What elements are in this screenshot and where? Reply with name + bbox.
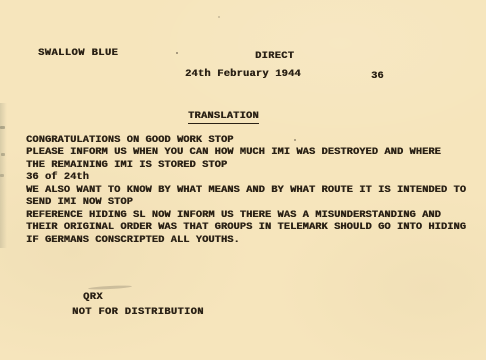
message-body: CONGRATULATIONS ON GOOD WORK STOP PLEASE… bbox=[26, 134, 466, 246]
scanned-telegram-page: SWALLOW BLUE DIRECT 24th February 1944 3… bbox=[0, 0, 486, 360]
scan-speck bbox=[294, 139, 296, 141]
scan-smudge bbox=[88, 285, 132, 290]
document-routing: DIRECT bbox=[255, 50, 294, 62]
signoff-code: QRX bbox=[83, 291, 103, 303]
message-line: THEIR ORIGINAL ORDER WAS THAT GROUPS IN … bbox=[26, 221, 466, 233]
message-line: CONGRATULATIONS ON GOOD WORK STOP bbox=[26, 134, 466, 146]
document-callsign: SWALLOW BLUE bbox=[38, 47, 118, 59]
scan-speck bbox=[218, 16, 220, 18]
message-line: 36 of 24th bbox=[26, 171, 466, 183]
document-serial-number: 36 bbox=[371, 70, 384, 82]
scan-speck bbox=[0, 126, 5, 129]
classification-note: NOT FOR DISTRIBUTION bbox=[72, 306, 204, 318]
message-line: SEND IMI NOW STOP bbox=[26, 196, 466, 208]
translation-heading: TRANSLATION bbox=[188, 110, 259, 124]
scan-speck bbox=[1, 153, 5, 156]
message-line: WE ALSO WANT TO KNOW BY WHAT MEANS AND B… bbox=[26, 184, 466, 196]
message-line: IF GERMANS CONSCRIPTED ALL YOUTHS. bbox=[26, 234, 466, 246]
message-line: PLEASE INFORM US WHEN YOU CAN HOW MUCH I… bbox=[26, 146, 466, 158]
message-line: REFERENCE HIDING SL NOW INFORM US THERE … bbox=[26, 209, 466, 221]
scan-speck bbox=[176, 52, 178, 54]
document-date: 24th February 1944 bbox=[185, 68, 301, 80]
message-line: THE REMAINING IMI IS STORED STOP bbox=[26, 159, 466, 171]
scan-speck bbox=[0, 174, 4, 177]
